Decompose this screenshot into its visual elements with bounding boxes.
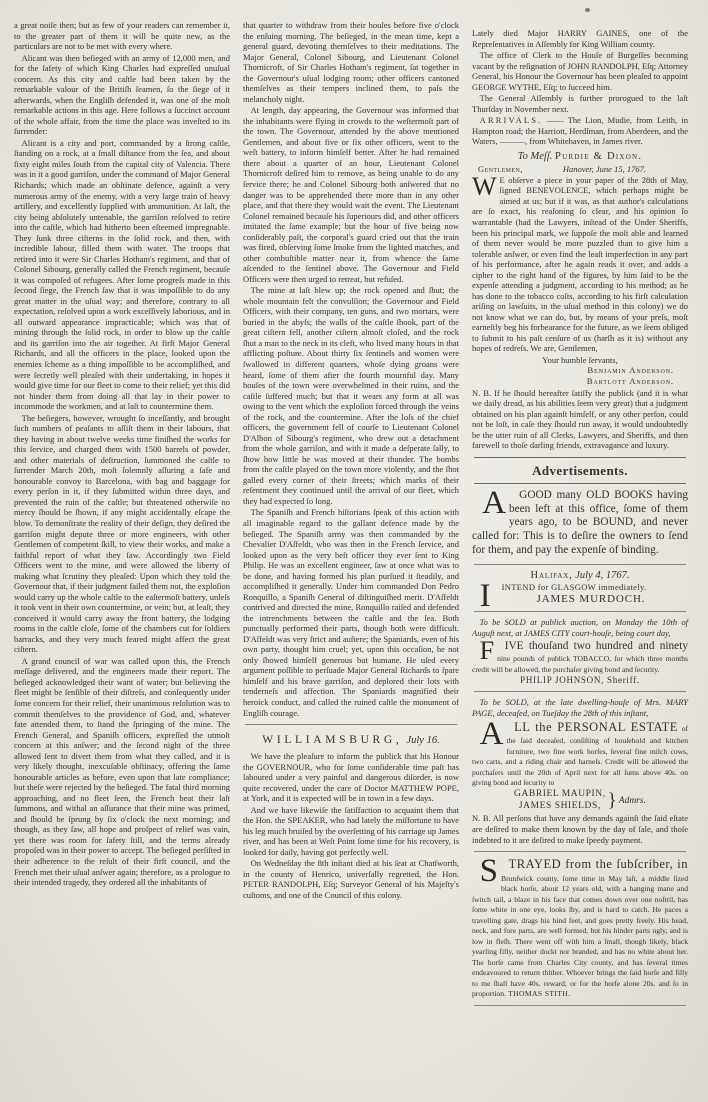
ad-text: nine pounds of publick TOBACCO, for whic… xyxy=(472,654,688,674)
ad-dropcap: F xyxy=(472,639,497,661)
ad-lead: LL the PERSONAL ESTATE xyxy=(514,720,678,734)
ad-text: INTEND for GLASGOW immediately. xyxy=(502,582,647,592)
section-rule xyxy=(474,483,686,484)
article-paragraph: The Spaniſh and French hiſtorians ſpeak … xyxy=(243,507,459,718)
section-rule xyxy=(474,457,686,458)
news-paragraph: The office of Clerk to the Houſe of Burg… xyxy=(472,50,688,92)
ad-intro: To be SOLD at publick auction, on Monday… xyxy=(472,617,688,638)
newspaper-page: a great noiſe then; but as few of your r… xyxy=(0,0,708,1102)
ad-murdoch: Halifax, July 4, 1767. IINTEND for GLASG… xyxy=(472,570,688,606)
article-paragraph: The mine at laſt blew up; the rock opene… xyxy=(243,285,459,506)
ad-signature: PHILIP JOHNSON, Sheriff. xyxy=(472,675,688,685)
local-news-paragraph: On Wedneſday the 8th inſtant died at his… xyxy=(243,858,459,900)
letter-body-text: E obſerve a piece in your paper of the 2… xyxy=(472,175,688,354)
article-paragraph: The beſiegers, however, wrought ſo inceſ… xyxy=(14,413,230,655)
ad-lead: IVE thouſand two hundred and ninety xyxy=(505,640,688,652)
letter-greeting: Gentlemen, xyxy=(478,164,523,174)
local-news-paragraph: We have the pleaſure to inform the publi… xyxy=(243,751,459,804)
ad-text: Brunſwick county, ſome time in May laſt,… xyxy=(472,874,688,999)
letter-dropcap: W xyxy=(472,175,500,197)
column-1: a great noiſe then; but as few of your r… xyxy=(14,20,230,1011)
ad-signature: THOMAS STITH. xyxy=(508,989,570,998)
ad-signature: GABRIEL MAUPIN, xyxy=(514,789,606,801)
article-paragraph: a great noiſe then; but as few of your r… xyxy=(14,20,230,52)
article-paragraph: Alicant is a city and port, commanded by… xyxy=(14,138,230,412)
ad-nb: N. B. All perſons that have any demands … xyxy=(472,813,688,845)
ad-dropcap: A xyxy=(472,720,506,748)
news-paragraph: Lately died Major HARRY GAINES, one of t… xyxy=(472,28,688,49)
letter-heading: To Meſſ. Purdie & Dixon. xyxy=(472,151,688,162)
ad-rule xyxy=(474,564,686,565)
section-rule xyxy=(245,724,457,725)
ad-dropcap: I xyxy=(472,582,494,610)
dateline-date: July 16. xyxy=(406,735,439,746)
letter-nb: N. B. If he ſhould hereafter ſatiſfy the… xyxy=(472,388,688,451)
letter-meta: Gentlemen, Hanover, June 15, 1767. xyxy=(478,164,686,174)
letter-dateline: Hanover, June 15, 1767. xyxy=(523,164,686,174)
ad-lead: TRAYED from the ſubſcriber, in xyxy=(509,857,688,871)
ad-signature: JAMES SHIELDS, xyxy=(514,801,606,813)
letter-body: WE obſerve a piece in your paper of the … xyxy=(472,175,688,354)
ad-place: Halifax, xyxy=(531,570,573,581)
column-3: Lately died Major HARRY GAINES, one of t… xyxy=(472,20,688,1011)
ad-rule xyxy=(474,691,686,692)
ink-smudge xyxy=(585,8,590,12)
ad-rule xyxy=(474,851,686,852)
ad-intro: To be SOLD, at the late dwelling-houſe o… xyxy=(472,697,688,718)
ad-rule xyxy=(474,1005,686,1006)
article-paragraph: that quarter to withdraw from their houſ… xyxy=(243,20,459,104)
ad-dropcap: A xyxy=(472,489,509,517)
letter-addressee: Purdie & Dixon. xyxy=(555,151,642,162)
dateline-heading: WILLIAMSBURG, July 16. xyxy=(243,730,459,748)
columns: a great noiſe then; but as few of your r… xyxy=(0,0,708,1011)
ad-strayed-horse: STRAYED from the ſubſcriber, in Brunſwic… xyxy=(472,857,688,999)
ad-rule xyxy=(474,611,686,612)
ad-old-books: AGOOD many OLD BOOKS having been left at… xyxy=(472,489,688,558)
arrivals-paragraph: ARRIVALS. —— The Lion, Mudie, from Leith… xyxy=(472,115,688,147)
brace-glyph: } xyxy=(608,790,617,812)
article-paragraph: At length, day appearing, the Governour … xyxy=(243,105,459,284)
column-2: that quarter to withdraw from their houſ… xyxy=(243,20,459,1011)
signature: Benjamin Anderson. xyxy=(472,365,688,376)
signature: Bartlott Anderson. xyxy=(472,376,688,387)
advertisements-header: Advertisements. xyxy=(472,463,688,479)
ad-administrators: GABRIEL MAUPIN, JAMES SHIELDS, } Admrs. xyxy=(472,789,688,813)
ad-tobacco-auction: To be SOLD at publick auction, on Monday… xyxy=(472,617,688,685)
ad-role: Admrs. xyxy=(619,796,646,806)
ad-dropcap: S xyxy=(472,857,501,885)
ad-mary-page-estate: To be SOLD, at the late dwelling-houſe o… xyxy=(472,697,688,845)
article-paragraph: Alicant was then beſieged with an army o… xyxy=(14,53,230,137)
ad-date: July 4, 1767. xyxy=(575,570,629,581)
arrivals-label: ARRIVALS. xyxy=(480,115,543,125)
article-paragraph: A grand council of war was called upon t… xyxy=(14,656,230,888)
ad-signature: JAMES MURDOCH. xyxy=(472,593,688,605)
dateline-city: WILLIAMSBURG, xyxy=(262,734,402,746)
local-news-paragraph: And we have likewiſe the ſatiſfaction to… xyxy=(243,805,459,858)
news-paragraph: The General Aſſembly is further prorogue… xyxy=(472,93,688,114)
letter-closing: Your humble ſervants, xyxy=(472,355,688,365)
letter-to: To Meſſ. xyxy=(518,151,553,162)
